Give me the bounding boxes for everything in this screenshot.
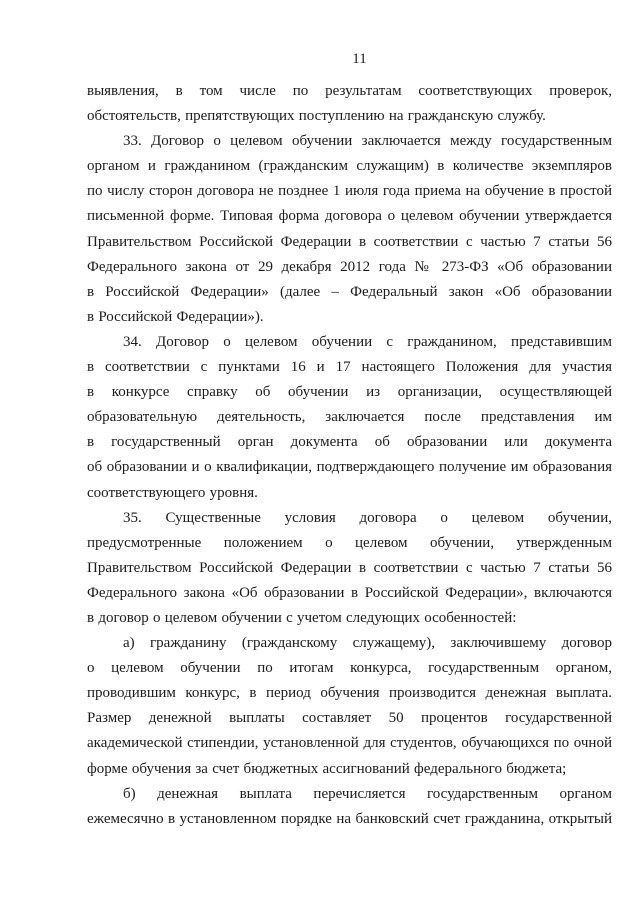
text-line: ежемесячно в установленном порядке на ба…	[87, 807, 612, 832]
text-line: Правительством Российской Федерации в со…	[87, 230, 612, 255]
text-line: о целевом обучении по итогам конкурса, г…	[87, 656, 612, 681]
text-line: в соответствии с пунктами 16 и 17 настоя…	[87, 355, 612, 380]
text-line: Правительством Российской Федерации в со…	[87, 556, 612, 581]
text-block: выявления, в том числе по результатам со…	[87, 79, 612, 832]
text-line: Федерального закона «Об образовании в Ро…	[87, 581, 612, 606]
paragraph-item-35a: а) гражданину (гражданскому служащему), …	[87, 631, 612, 782]
text-line: об образовании и о квалификации, подтвер…	[87, 455, 612, 480]
text-line: обстоятельств, препятствующих поступлени…	[87, 104, 612, 129]
text-line: письменной форме. Типовая форма договора…	[87, 204, 612, 229]
text-line: проводившим конкурс, в период обучения п…	[87, 681, 612, 706]
text-line: б) денежная выплата перечисляется госуда…	[87, 782, 612, 807]
text-line: предусмотренные положением о целевом обу…	[87, 531, 612, 556]
text-line: выявления, в том числе по результатам со…	[87, 79, 612, 104]
text-line: Федерального закона от 29 декабря 2012 г…	[87, 255, 612, 280]
text-line: 33. Договор о целевом обучении заключает…	[87, 129, 612, 154]
text-line: в государственный орган документа об обр…	[87, 430, 612, 455]
paragraph-item-33: 33. Договор о целевом обучении заключает…	[87, 129, 612, 330]
text-line: а) гражданину (гражданскому служащему), …	[87, 631, 612, 656]
text-line: органом и гражданином (гражданским служа…	[87, 154, 612, 179]
paragraph-item-35: 35. Существенные условия договора о целе…	[87, 506, 612, 631]
text-line: в договор о целевом обучении с учетом сл…	[87, 606, 612, 631]
text-line: академической стипендии, установленной д…	[87, 731, 612, 756]
text-line: в конкурсе справку об обучении из органи…	[87, 380, 612, 405]
text-line: 35. Существенные условия договора о целе…	[87, 506, 612, 531]
paragraph-item-35b: б) денежная выплата перечисляется госуда…	[87, 782, 612, 832]
text-line: 34. Договор о целевом обучении с граждан…	[87, 330, 612, 355]
paragraph-intro-continuation: выявления, в том числе по результатам со…	[87, 79, 612, 129]
page-number: 11	[87, 50, 632, 68]
text-line: в Российской Федерации»).	[87, 305, 612, 330]
paragraph-item-34: 34. Договор о целевом обучении с граждан…	[87, 330, 612, 506]
text-line: Размер денежной выплаты составляет 50 пр…	[87, 706, 612, 731]
text-line: форме обучения за счет бюджетных ассигно…	[87, 757, 612, 782]
document-page: 11 выявления, в том числе по результатам…	[0, 0, 640, 905]
text-line: в Российской Федерации» (далее – Федерал…	[87, 280, 612, 305]
text-line: по числу сторон договора не позднее 1 ию…	[87, 179, 612, 204]
text-line: соответствующего уровня.	[87, 481, 612, 506]
text-line: образовательную деятельность, заключаетс…	[87, 405, 612, 430]
